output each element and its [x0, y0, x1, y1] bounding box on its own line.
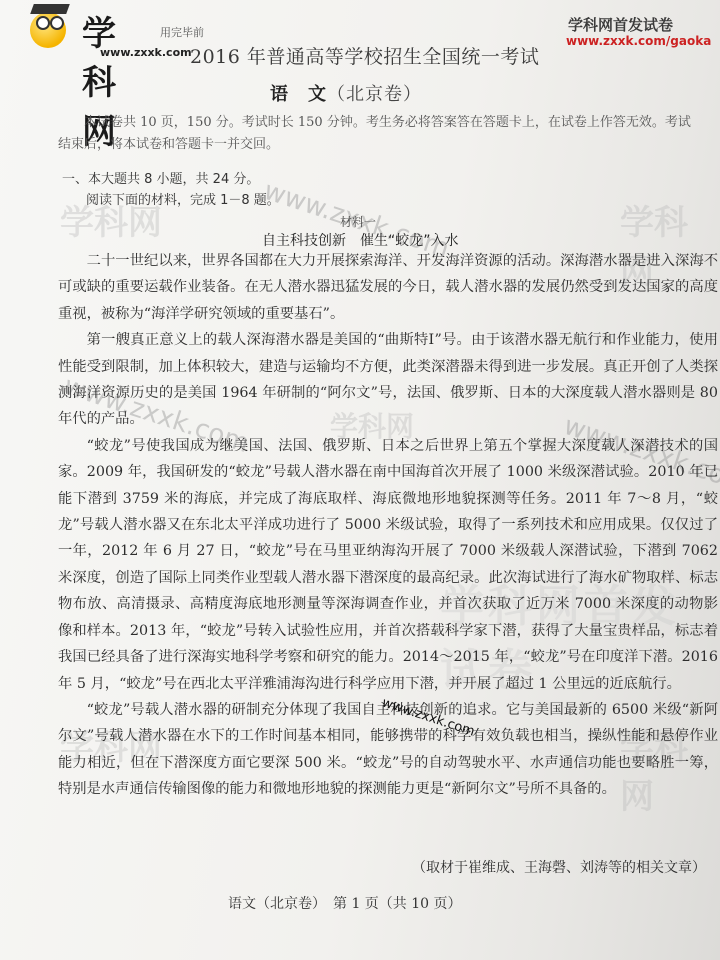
subject-paren: （北京卷）	[327, 84, 422, 105]
zxxk-logo: 学科网 www.zxxk.com	[22, 4, 142, 60]
graduation-cap-icon	[30, 4, 70, 14]
article-body: 二十一世纪以来，世界各国都在大力开展探索海洋、开发海洋资源的活动。深海潜水器是进…	[58, 248, 718, 803]
article-paragraph: “蛟龙”号使我国成为继美国、法国、俄罗斯、日本之后世界上第五个掌握大深度载人深潜…	[58, 433, 718, 697]
exam-title: 2016 年普通高等学校招生全国统一考试	[190, 42, 539, 69]
exam-instructions: 本试卷共 10 页，150 分。考试时长 150 分钟。考生务必将答案答在答题卡…	[58, 112, 698, 156]
top-note: 用完毕前	[160, 24, 204, 40]
article-paragraph: 第一艘真正意义上的载人深海潜水器是美国的“曲斯特Ⅰ”号。由于该潜水器无航行和作业…	[58, 327, 718, 433]
page-footer: 语文（北京卷） 第 1 页（共 10 页）	[228, 893, 462, 913]
logo-url: www.zxxk.com	[100, 46, 192, 59]
exam-page: 学科网 学科网 学科网 学科网 学科网 www.zxxk.com www.zxx…	[0, 0, 720, 960]
subject-title: 语 文（北京卷）	[270, 80, 422, 106]
section-directive: 阅读下面的材料，完成 1－8 题。	[86, 189, 280, 208]
article-title: 自主科技创新 催生“蛟龙”入水	[262, 230, 459, 250]
article-paragraph: “蛟龙”号载人潜水器的研制充分体现了我国自主科技创新的追求。它与美国最新的 65…	[58, 697, 718, 803]
section-heading: 一、本大题共 8 小题，共 24 分。	[62, 168, 259, 187]
material-label: 材料一	[340, 213, 376, 230]
subject-main: 语 文	[270, 84, 327, 105]
brand-right-url: www.zxxk.com/gaoka	[566, 34, 711, 48]
article-paragraph: 二十一世纪以来，世界各国都在大力开展探索海洋、开发海洋资源的活动。深海潜水器是进…	[58, 248, 718, 327]
mascot-eye-icon	[50, 16, 64, 30]
mascot-eye-icon	[36, 16, 50, 30]
article-source: （取材于崔维成、王海磬、刘涛等的相关文章）	[412, 857, 706, 877]
brand-right: 学科网首发试卷	[568, 14, 673, 35]
